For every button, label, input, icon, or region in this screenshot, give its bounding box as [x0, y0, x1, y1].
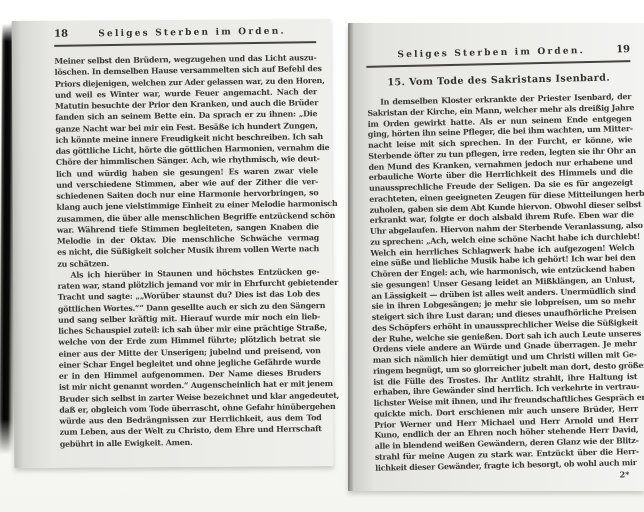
page-number-left: 18 [54, 29, 68, 40]
running-header-left: Seliges Sterben im Orden. [68, 26, 316, 39]
header-rule-left [54, 41, 316, 47]
right-page-body: In demselben Kloster erkrankte der Pries… [367, 92, 639, 474]
book-scan: 18 Seliges Sterben im Orden. Meiner selb… [0, 0, 644, 512]
right-page-content: Seliges Sterben im Orden. 19 15. Vom Tod… [366, 44, 639, 485]
page-number-right: 19 [616, 44, 630, 55]
section-heading: 15. Vom Tode des Sakristans Isenbard. [367, 72, 631, 89]
left-page-content: 18 Seliges Sterben im Orden. Meiner selb… [54, 25, 322, 449]
left-page-header: 18 Seliges Sterben im Orden. [54, 25, 316, 42]
left-page-body: Meiner selbst den Brüdern, wegzugehen un… [54, 52, 321, 449]
